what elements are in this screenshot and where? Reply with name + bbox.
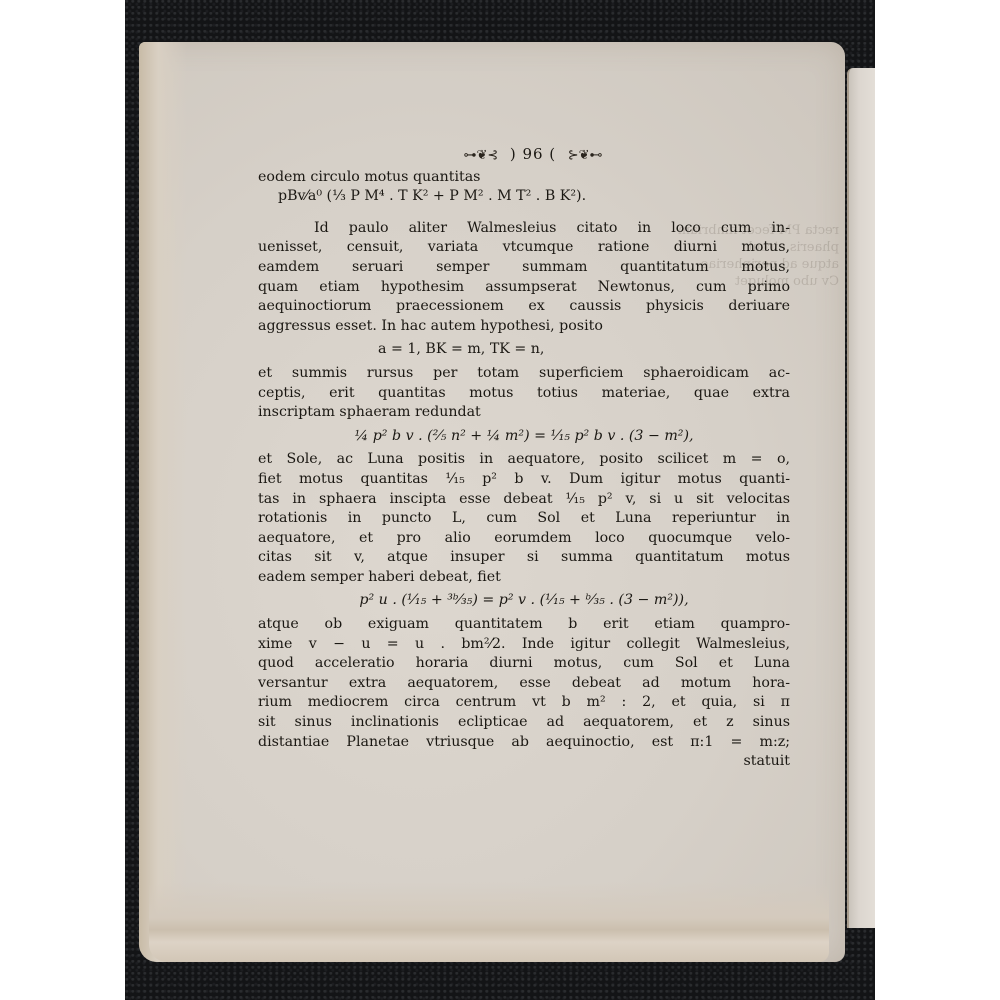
text-line: aequatore, et pro alio eorumdem loco quo… — [258, 529, 790, 549]
text-line: eadem semper haberi debeat, fiet — [258, 568, 790, 588]
text-line: et Sole, ac Luna positis in aequatore, p… — [258, 450, 790, 470]
text-line: aggressus esset. In hac autem hypothesi,… — [258, 317, 790, 337]
text-line: sit sinus inclinationis eclipticae ad ae… — [258, 713, 790, 733]
text-line: citas sit v, atque insuper si summa quan… — [258, 548, 790, 568]
paragraph-start-line: Id paulo aliter Walmesleius citato in lo… — [258, 219, 790, 239]
text-line: rium mediocrem circa centrum vt b m² : 2… — [258, 693, 790, 713]
text-line: xime v − u = u . bm²⁄2. Inde igitur coll… — [258, 635, 790, 655]
text-line: tas in sphaera inscipta esse debeat ¹⁄₁₅… — [258, 490, 790, 510]
text-line: aequinoctiorum praecessionem ex caussis … — [258, 297, 790, 317]
formula: a = 1, BK = m, TK = n, — [258, 340, 790, 360]
ornament-right-icon: ⊱❦⊷ — [568, 148, 603, 163]
text-line: ceptis, erit quantitas motus totius mate… — [258, 384, 790, 404]
formula: p² u . (¹⁄₁₅ + ³ᵇ⁄₃₅) = p² v . (¹⁄₁₅ + ᵇ… — [258, 591, 790, 611]
text-line: uenisset, censuit, variata vtcumque rati… — [258, 238, 790, 258]
catchword: statuit — [258, 752, 790, 772]
text-line: versantur extra aequatorem, esse debeat … — [258, 674, 790, 694]
ornament-left-icon: ⊶❦⊰ — [463, 148, 498, 163]
text-line: distantiae Planetae vtriusque ab aequino… — [258, 733, 790, 753]
facing-page-edge — [847, 68, 875, 928]
running-header: ⊶❦⊰ ) 96 ( ⊱❦⊷ — [258, 145, 790, 166]
text-line: eamdem seruari semper summam quantitatum… — [258, 258, 790, 278]
text-line: quod acceleratio horaria diurni motus, c… — [258, 654, 790, 674]
page-text-block: ⊶❦⊰ ) 96 ( ⊱❦⊷ eodem circulo motus quant… — [258, 145, 790, 772]
page-number: ) 96 ( — [510, 145, 556, 163]
formula: ¼ p² b v . (⅖ n² + ¼ m²) = ¹⁄₁₅ p² b v .… — [258, 427, 790, 447]
text-line: fiet motus quantitas ⅟₁₅ p² b v. Dum igi… — [258, 470, 790, 490]
text-line: atque ob exiguam quantitatem b erit etia… — [258, 615, 790, 635]
formula: pBv⁄a⁰ (⅓ P M⁴ . T K² + P M² . M T² . B … — [258, 187, 790, 207]
text-line: quam etiam hypothesim assumpserat Newton… — [258, 278, 790, 298]
text-line: et summis rursus per totam superficiem s… — [258, 364, 790, 384]
text-line: eodem circulo motus quantitas — [258, 168, 790, 188]
text-line: inscriptam sphaeram redundat — [258, 403, 790, 423]
text-line: rotationis in puncto L, cum Sol et Luna … — [258, 509, 790, 529]
